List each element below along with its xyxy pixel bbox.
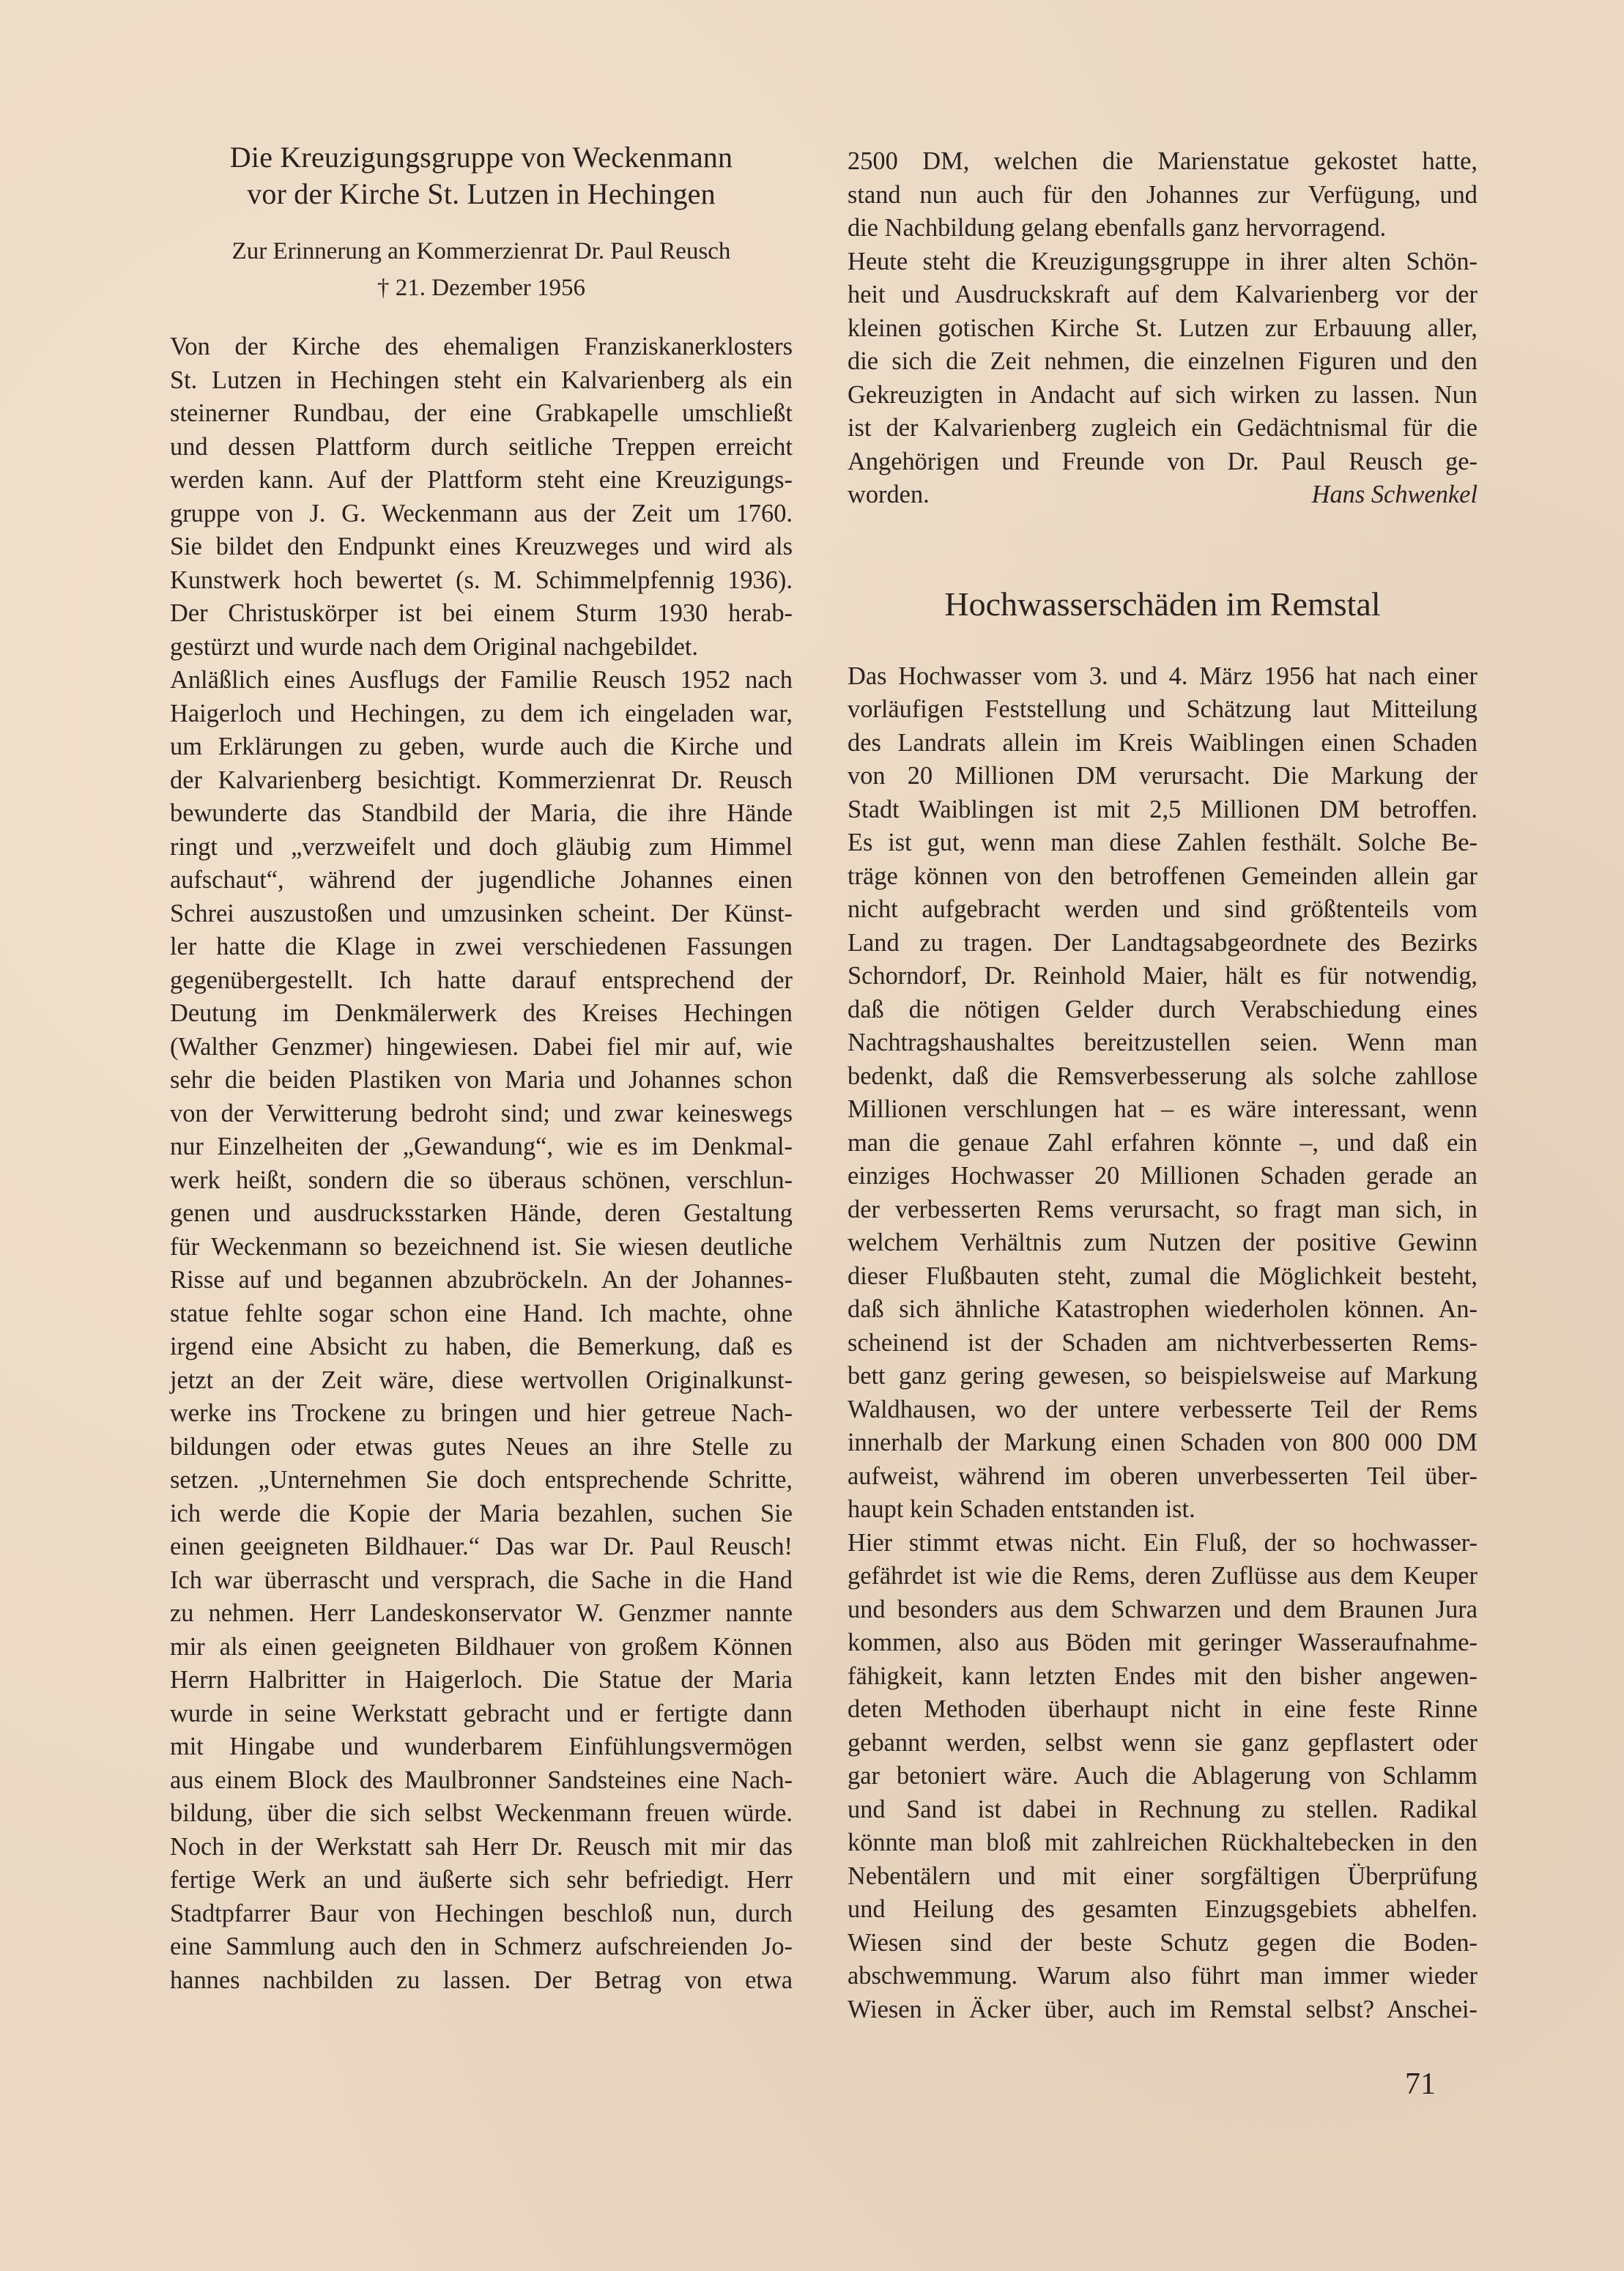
text-line: Risse auf und begannen abzubröckeln. An … bbox=[170, 1264, 793, 1297]
text-line: ler hatte die Klage in zwei verschiedene… bbox=[170, 930, 793, 964]
text-line: einen geeigneten Bildhauer.“ Das war Dr.… bbox=[170, 1530, 793, 1564]
text-line: haupt kein Schaden entstanden ist. bbox=[848, 1493, 1477, 1527]
text-line: Heute steht die Kreuzigungsgruppe in ihr… bbox=[848, 245, 1477, 279]
text-line: daß sich ähnliche Katastrophen wiederhol… bbox=[848, 1293, 1477, 1327]
text-line: zu nehmen. Herr Landeskonservator W. Gen… bbox=[170, 1597, 793, 1631]
text-line: gruppe von J. G. Weckenmann aus der Zeit… bbox=[170, 497, 793, 531]
text-line: und dessen Plattform durch seitliche Tre… bbox=[170, 431, 793, 464]
text-line: Nachtragshaushaltes bereitzustellen seie… bbox=[848, 1026, 1477, 1060]
text-line: der verbesserten Rems verursacht, so fra… bbox=[848, 1193, 1477, 1227]
text-line: die Nachbildung gelang ebenfalls ganz he… bbox=[848, 212, 1477, 245]
text-line: stand nun auch für den Johannes zur Verf… bbox=[848, 179, 1477, 212]
text-line: Deutung im Denkmälerwerk des Kreises Hec… bbox=[170, 997, 793, 1031]
text-line: aufweist, während im oberen unverbessert… bbox=[848, 1460, 1477, 1494]
text-line: mit Hingabe und wunderbarem Einfühlungsv… bbox=[170, 1730, 793, 1764]
text-line: Ich war überrascht und versprach, die Sa… bbox=[170, 1564, 793, 1598]
text-line: wurde in seine Werkstatt gebracht und er… bbox=[170, 1697, 793, 1731]
text-line: werke ins Trockene zu bringen und hier g… bbox=[170, 1397, 793, 1431]
text-line: (Walther Genzmer) hingewiesen. Dabei fie… bbox=[170, 1031, 793, 1064]
text-line: Millionen verschlungen hat – es wäre int… bbox=[848, 1093, 1477, 1127]
text-line: gestürzt und wurde nach dem Original nac… bbox=[170, 631, 793, 664]
text-line: Stadtpfarrer Baur von Hechingen beschloß… bbox=[170, 1897, 793, 1931]
text-line: Herrn Halbritter in Haigerloch. Die Stat… bbox=[170, 1664, 793, 1697]
text-line: Gekreuzigten in Andacht auf sich wirken … bbox=[848, 379, 1477, 412]
text-line: kleinen gotischen Kirche St. Lutzen zur … bbox=[848, 312, 1477, 346]
text-line: die sich die Zeit nehmen, die einzelnen … bbox=[848, 345, 1477, 379]
text-line: des Landrats allein im Kreis Waiblingen … bbox=[848, 727, 1477, 760]
text-line: aus einem Block des Maulbronner Sandstei… bbox=[170, 1764, 793, 1798]
text-line: statue fehlte sogar schon eine Hand. Ich… bbox=[170, 1297, 793, 1331]
text-line: St. Lutzen in Hechingen steht ein Kalvar… bbox=[170, 364, 793, 398]
text-line: Waldhausen, wo der untere verbesserte Te… bbox=[848, 1393, 1477, 1427]
closing-word: worden. bbox=[848, 478, 930, 512]
page-number: 71 bbox=[1405, 2066, 1436, 2103]
text-line: aufschaut“, während der jugendliche Joha… bbox=[170, 864, 793, 897]
text-line: bildung, über die sich selbst Weckenmann… bbox=[170, 1797, 793, 1831]
text-line: ist der Kalvarienberg zugleich ein Gedäc… bbox=[848, 412, 1477, 445]
text-line: genen und ausdrucksstarken Hände, deren … bbox=[170, 1197, 793, 1231]
text-line: kommen, also aus Böden mit geringer Wass… bbox=[848, 1626, 1477, 1660]
text-line: Stadt Waiblingen ist mit 2,5 Millionen D… bbox=[848, 793, 1477, 827]
text-line: Das Hochwasser vom 3. und 4. März 1956 h… bbox=[848, 660, 1477, 694]
text-line: nicht aufgebracht werden und sind größte… bbox=[848, 893, 1477, 927]
text-line: Nebentälern und mit einer sorgfältigen Ü… bbox=[848, 1860, 1477, 1894]
text-line: hannes nachbilden zu lassen. Der Betrag … bbox=[170, 1964, 793, 1998]
text-line: bedenkt, daß die Remsverbesserung als so… bbox=[848, 1060, 1477, 1094]
text-line: bewunderte das Standbild der Maria, die … bbox=[170, 797, 793, 831]
text-line: setzen. „Unternehmen Sie doch entspreche… bbox=[170, 1464, 793, 1497]
text-line: Anläßlich eines Ausflugs der Familie Reu… bbox=[170, 664, 793, 697]
right-column: 2500 DM, welchen die Marienstatue gekost… bbox=[848, 145, 1477, 2026]
text-line: der Kalvarienberg besichtigt. Kommerzien… bbox=[170, 764, 793, 798]
text-line: von 20 Millionen DM verursacht. Die Mark… bbox=[848, 760, 1477, 793]
text-line: dieser Flußbauten steht, zumal die Mögli… bbox=[848, 1260, 1477, 1294]
text-line: Noch in der Werkstatt sah Herr Dr. Reusc… bbox=[170, 1831, 793, 1864]
text-line: Hier stimmt etwas nicht. Ein Fluß, der s… bbox=[848, 1527, 1477, 1560]
text-line: gefährdet ist wie die Rems, deren Zuflüs… bbox=[848, 1560, 1477, 1593]
article-title-line-2: vor der Kirche St. Lutzen in Hechingen bbox=[247, 177, 716, 210]
text-line: irgend eine Absicht zu haben, die Bemerk… bbox=[170, 1330, 793, 1364]
text-line: Land zu tragen. Der Landtagsabgeordnete … bbox=[848, 927, 1477, 960]
text-line: gar betoniert wäre. Auch die Ablagerung … bbox=[848, 1760, 1477, 1793]
text-line: deten Methoden überhaupt nicht in eine f… bbox=[848, 1693, 1477, 1727]
text-line: Wiesen sind der beste Schutz gegen die B… bbox=[848, 1927, 1477, 1960]
text-line: heit und Ausdruckskraft auf dem Kalvarie… bbox=[848, 278, 1477, 312]
text-line: und Heilung des gesamten Einzugsgebiets … bbox=[848, 1893, 1477, 1927]
text-line: Der Christuskörper ist bei einem Sturm 1… bbox=[170, 597, 793, 631]
text-line: mir als einen geeigneten Bildhauer von g… bbox=[170, 1631, 793, 1664]
text-line: 2500 DM, welchen die Marienstatue gekost… bbox=[848, 145, 1477, 179]
text-line: gegenübergestellt. Ich hatte darauf ents… bbox=[170, 964, 793, 998]
text-line: sehr die beiden Plastiken von Maria und … bbox=[170, 1064, 793, 1097]
text-line: könnte man bloß mit zahlreichen Rückhalt… bbox=[848, 1826, 1477, 1860]
text-line: innerhalb der Markung einen Schaden von … bbox=[848, 1426, 1477, 1460]
text-line: für Weckenmann so bezeichnend ist. Sie w… bbox=[170, 1231, 793, 1264]
text-line: und besonders aus dem Schwarzen und dem … bbox=[848, 1593, 1477, 1627]
text-line: eine Sammlung auch den in Schmerz aufsch… bbox=[170, 1930, 793, 1964]
text-line: Sie bildet den Endpunkt eines Kreuzweges… bbox=[170, 530, 793, 564]
text-line: fertige Werk an und äußerte sich sehr be… bbox=[170, 1864, 793, 1897]
text-line: nur Einzelheiten der „Gewandung“, wie es… bbox=[170, 1130, 793, 1164]
text-line: bett ganz gering gewesen, so beispielswe… bbox=[848, 1360, 1477, 1393]
text-line: um Erklärungen zu geben, wurde auch die … bbox=[170, 730, 793, 764]
dedication-line: Zur Erinnerung an Kommerzienrat Dr. Paul… bbox=[232, 238, 731, 264]
text-line: und Sand ist dabei in Rechnung zu stelle… bbox=[848, 1793, 1477, 1827]
left-column: Die Kreuzigungsgruppe von Weckenmann vor… bbox=[170, 139, 793, 1997]
document-page: Die Kreuzigungsgruppe von Weckenmann vor… bbox=[0, 0, 1624, 2271]
text-line: daß die nötigen Gelder durch Verabschied… bbox=[848, 993, 1477, 1027]
text-line: Haigerloch und Hechingen, zu dem ich ein… bbox=[170, 697, 793, 731]
closing-row: worden. Hans Schwenkel bbox=[848, 478, 1477, 512]
article-body-flood: Das Hochwasser vom 3. und 4. März 1956 h… bbox=[848, 660, 1477, 2027]
death-date: † 21. Dezember 1956 bbox=[377, 275, 585, 301]
text-line: fähigkeit, kann letzten Endes mit den bi… bbox=[848, 1660, 1477, 1694]
section-heading: Hochwasserschäden im Remstal bbox=[848, 584, 1477, 625]
text-line: vorläufigen Feststellung und Schätzung l… bbox=[848, 693, 1477, 727]
text-line: welchem Verhältnis zum Nutzen der positi… bbox=[848, 1226, 1477, 1260]
text-line: werk heißt, sondern die so überaus schön… bbox=[170, 1164, 793, 1198]
text-line: Wiesen in Äcker über, auch im Remstal se… bbox=[848, 1993, 1477, 2027]
text-line: ich werde die Kopie der Maria bezahlen, … bbox=[170, 1497, 793, 1531]
text-line: man die genaue Zahl erfahren könnte –, u… bbox=[848, 1127, 1477, 1160]
text-line: jetzt an der Zeit wäre, diese wertvollen… bbox=[170, 1364, 793, 1398]
text-line: Kunstwerk hoch bewertet (s. M. Schimmelp… bbox=[170, 564, 793, 598]
text-line: Schrei auszustoßen und umzusinken schein… bbox=[170, 897, 793, 931]
text-line: abschwemmung. Warum also führt man immer… bbox=[848, 1960, 1477, 1993]
text-line: Angehörigen und Freunde von Dr. Paul Reu… bbox=[848, 445, 1477, 479]
text-line: bildungen oder etwas gutes Neues an ihre… bbox=[170, 1431, 793, 1464]
article-body-left: Von der Kirche des ehemaligen Franziskan… bbox=[170, 330, 793, 1997]
text-line: scheinend ist der Schaden am nichtverbes… bbox=[848, 1327, 1477, 1360]
text-line: gebannt werden, selbst wenn sie ganz gep… bbox=[848, 1727, 1477, 1760]
text-line: Von der Kirche des ehemaligen Franziskan… bbox=[170, 330, 793, 364]
text-line: Es ist gut, wenn man diese Zahlen festhä… bbox=[848, 826, 1477, 860]
article-dedication: Zur Erinnerung an Kommerzienrat Dr. Paul… bbox=[170, 233, 793, 306]
text-line: träge können von den betroffenen Gemeind… bbox=[848, 860, 1477, 894]
article-title: Die Kreuzigungsgruppe von Weckenmann vor… bbox=[170, 139, 793, 212]
author-signature: Hans Schwenkel bbox=[1312, 478, 1477, 512]
text-line: Schorndorf, Dr. Reinhold Maier, hält es … bbox=[848, 960, 1477, 993]
text-line: werden kann. Auf der Plattform steht ein… bbox=[170, 464, 793, 497]
article-title-line-1: Die Kreuzigungsgruppe von Weckenmann bbox=[230, 141, 733, 174]
article-body-continued: 2500 DM, welchen die Marienstatue gekost… bbox=[848, 145, 1477, 478]
text-line: ringt und „verzweifelt und doch gläubig … bbox=[170, 831, 793, 864]
text-line: von der Verwitterung bedroht sind; und z… bbox=[170, 1097, 793, 1131]
text-line: steinerner Rundbau, der eine Grabkapelle… bbox=[170, 397, 793, 431]
text-line: einziges Hochwasser 20 Millionen Schaden… bbox=[848, 1160, 1477, 1193]
